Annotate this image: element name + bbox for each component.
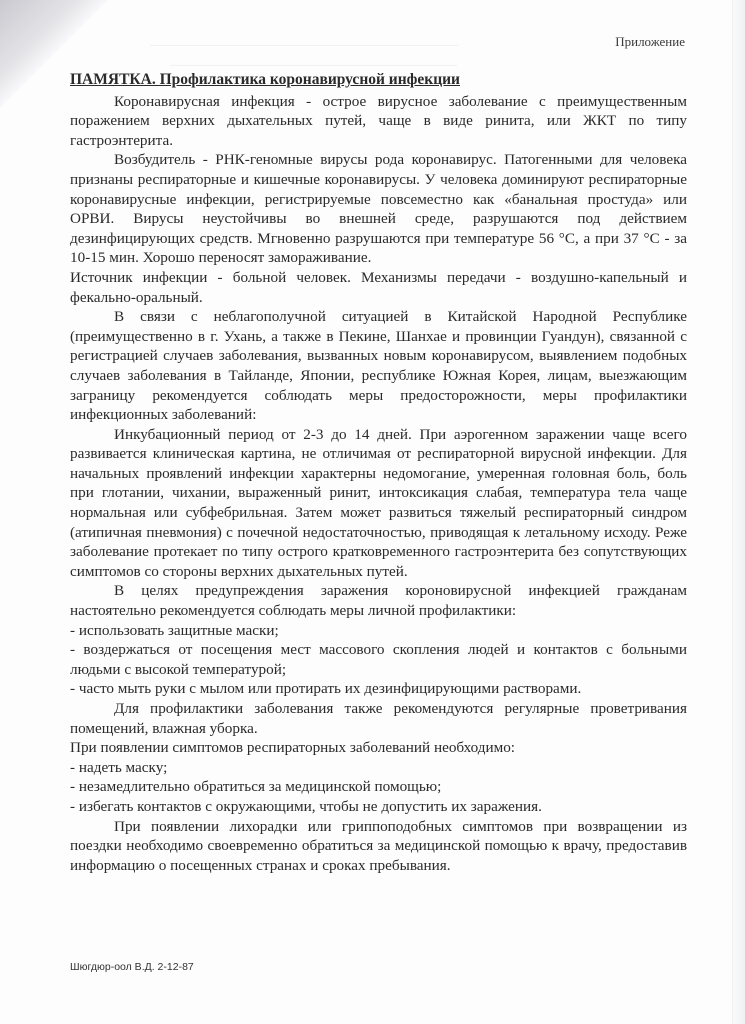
scanned-page: ───────────────────────────── ──────────…	[0, 0, 745, 1024]
paragraph-definition: Коронавирусная инфекция - острое вирусно…	[70, 92, 687, 151]
list-item-seek-help: - незамедлительно обратиться за медицинс…	[70, 777, 687, 797]
paragraph-incubation: Инкубационный период от 2-3 до 14 дней. …	[70, 425, 687, 582]
paragraph-symptoms-intro: При появлении симптомов респираторных за…	[70, 738, 687, 758]
bleed-through-text: ─────────────────────────────	[150, 38, 458, 55]
paragraph-prevention-intro: В целях предупреждения заражения коронов…	[70, 581, 687, 620]
list-item-wear-mask: - надеть маску;	[70, 758, 687, 778]
list-item-avoid-contact: - избегать контактов с окружающими, чтоб…	[70, 797, 687, 817]
document-title: ПАМЯТКА. Профилактика коронавирусной инф…	[70, 70, 687, 90]
paragraph-pathogen: Возбудитель - РНК-геномные вирусы рода к…	[70, 150, 687, 268]
appendix-label: Приложение	[615, 34, 685, 50]
paragraph-source: Источник инфекции - больной человек. Мех…	[70, 268, 687, 307]
paragraph-return-travel: При появлении лихорадки или гриппоподобн…	[70, 817, 687, 876]
list-item-avoid-crowds: - воздержаться от посещения мест массово…	[70, 640, 687, 679]
paragraph-ventilation: Для профилактики заболевания также реком…	[70, 699, 687, 738]
page-edge-shadow	[732, 0, 745, 1024]
footer-contact: Шюгдюр-оол В.Д. 2-12-87	[70, 961, 194, 973]
paragraph-situation: В связи с неблагополучной ситуацией в Ки…	[70, 307, 687, 425]
document-body: ПАМЯТКА. Профилактика коронавирусной инф…	[70, 70, 687, 875]
list-item-wash-hands: - часто мыть руки с мылом или протирать …	[70, 679, 687, 699]
list-item-masks: - использовать защитные маски;	[70, 621, 687, 641]
